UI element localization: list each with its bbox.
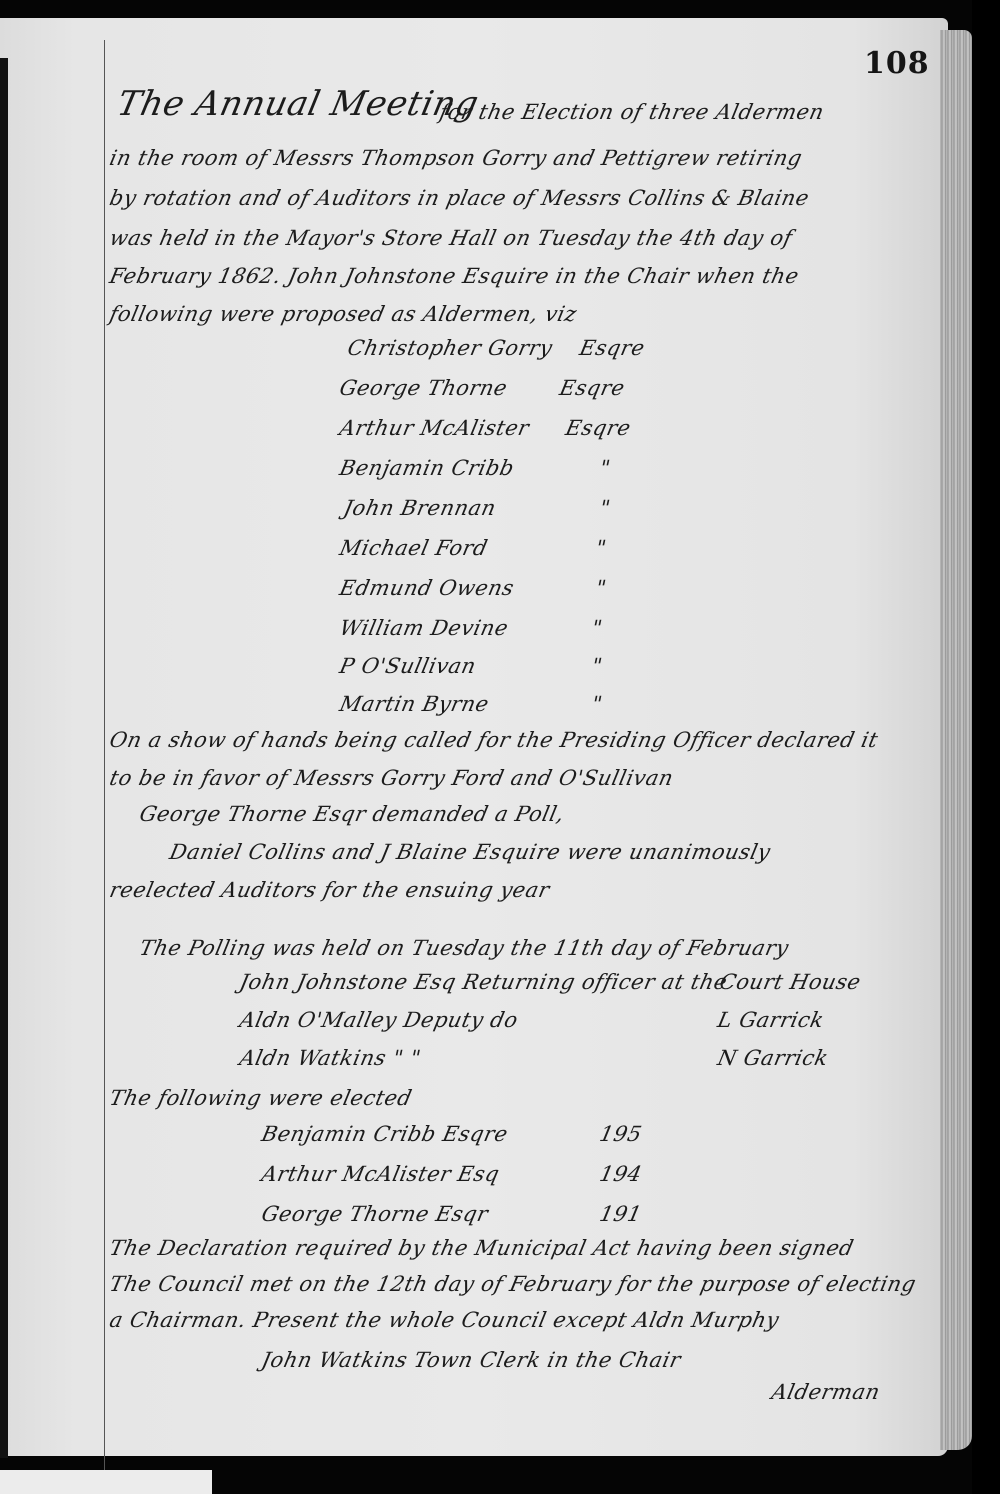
minutes-line: The Declaration required by the Municipa… — [107, 1236, 856, 1260]
minutes-heading: The Annual Meeting — [114, 84, 482, 124]
minutes-line: George Thorne Esqr demanded a Poll, — [137, 802, 566, 826]
candidate-suffix: Esqre — [557, 376, 627, 400]
minutes-line: to be in favor of Messrs Gorry Ford and … — [107, 766, 675, 790]
candidate-suffix: Esqre — [563, 416, 633, 440]
page-number: 108 — [864, 46, 930, 81]
minutes-line: On a show of hands being called for the … — [107, 728, 880, 752]
polling-officer: Aldn O'Malley Deputy do — [237, 1008, 520, 1032]
ledger-page: 108 The Annual Meeting for the Election … — [0, 18, 948, 1456]
candidate-suffix: " — [589, 654, 604, 678]
candidate-suffix: " — [593, 536, 608, 560]
elected-intro: The following were elected — [107, 1086, 414, 1110]
elected-votes: 194 — [597, 1162, 644, 1186]
intro-line: following were proposed as Aldermen, viz — [107, 302, 579, 326]
candidate-suffix: " — [597, 456, 612, 480]
candidate-suffix: " — [597, 496, 612, 520]
polling-officer: John Johnstone Esq Returning officer at … — [237, 970, 729, 994]
candidate-name: John Brennan — [341, 496, 498, 520]
candidate-name: Edmund Owens — [337, 576, 516, 600]
elected-votes: 195 — [597, 1122, 644, 1146]
elected-name: Arthur McAlister Esq — [259, 1162, 501, 1186]
elected-votes: 191 — [597, 1202, 644, 1226]
page-left-shadow — [0, 58, 8, 1458]
candidate-suffix: " — [589, 692, 604, 716]
minutes-line: The Council met on the 12th day of Febru… — [107, 1272, 918, 1296]
polling-clerk: L Garrick — [715, 1008, 826, 1032]
elected-name: Benjamin Cribb Esqre — [259, 1122, 510, 1146]
polling-intro: The Polling was held on Tuesday the 11th… — [137, 936, 791, 960]
polling-clerk: N Garrick — [715, 1046, 830, 1070]
minutes-line: a Chairman. Present the whole Council ex… — [107, 1308, 781, 1332]
intro-line: by rotation and of Auditors in place of … — [107, 186, 811, 210]
scan-background — [972, 0, 1000, 1494]
candidate-suffix: " — [593, 576, 608, 600]
polling-officer: Aldn Watkins " " — [237, 1046, 423, 1070]
intro-line: in the room of Messrs Thompson Gorry and… — [107, 146, 804, 170]
candidate-name: P O'Sullivan — [337, 654, 478, 678]
intro-line: February 1862. John Johnstone Esquire in… — [107, 264, 801, 288]
chair-line: John Watkins Town Clerk in the Chair — [259, 1348, 683, 1372]
candidate-name: George Thorne — [337, 376, 509, 400]
candidate-name: Arthur McAlister — [337, 416, 531, 440]
polling-station: Court House — [717, 970, 863, 994]
candidate-name: Michael Ford — [337, 536, 490, 560]
candidate-suffix: " — [589, 616, 604, 640]
elected-name: George Thorne Esqr — [259, 1202, 490, 1226]
minutes-line: reelected Auditors for the ensuing year — [107, 878, 551, 902]
intro-line: was held in the Mayor's Store Hall on Tu… — [107, 226, 794, 250]
candidate-name: William Devine — [337, 616, 510, 640]
margin-rule — [104, 40, 105, 1470]
candidate-name: Christopher Gorry — [345, 336, 554, 360]
candidate-name: Martin Byrne — [337, 692, 491, 716]
signature: Alderman — [769, 1380, 882, 1404]
intro-line: for the Election of three Aldermen — [437, 100, 826, 124]
scan-card — [0, 1470, 212, 1494]
minutes-line: Daniel Collins and J Blaine Esquire were… — [167, 840, 772, 864]
candidate-name: Benjamin Cribb — [337, 456, 516, 480]
book-fore-edge — [940, 30, 972, 1450]
candidate-suffix: Esqre — [577, 336, 647, 360]
